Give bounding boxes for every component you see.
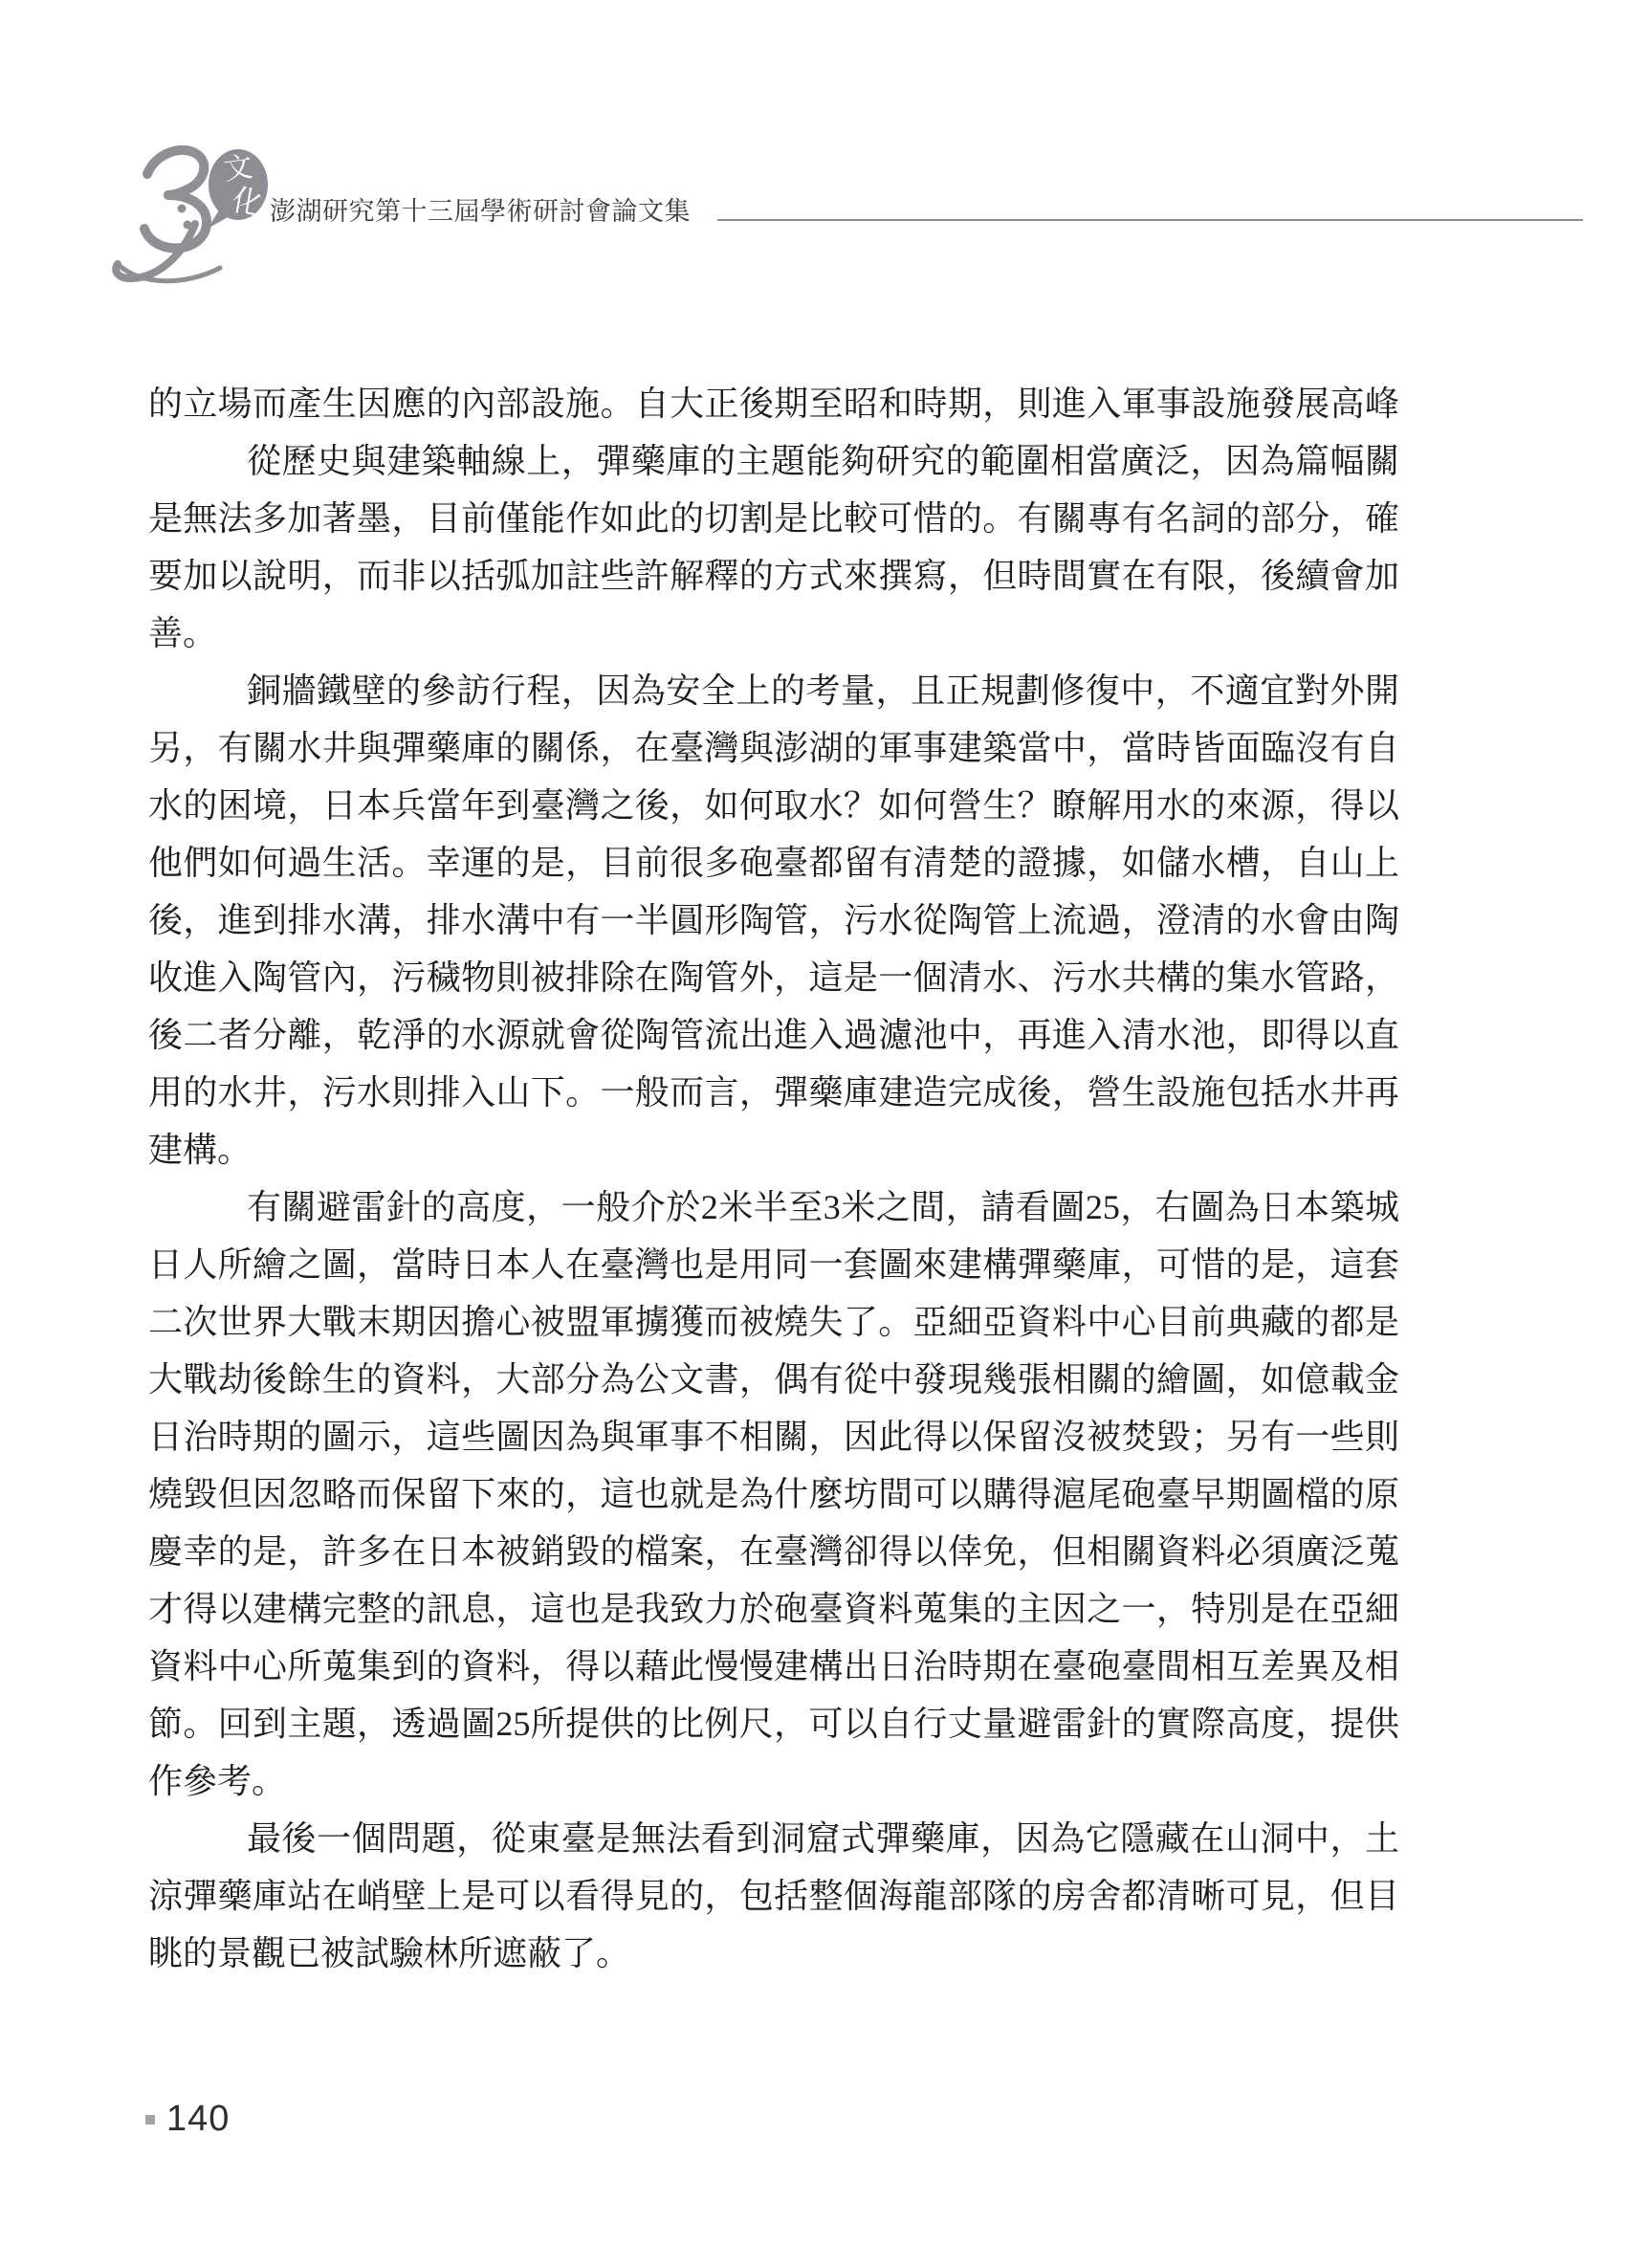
text-line: 燒毀但因忽略而保留下來的，這也就是為什麼坊間可以購得滬尾砲臺早期圖檔的原因。 xyxy=(148,1465,1399,1523)
text-line: 用的水井，污水則排入山下。一般而言，彈藥庫建造完成後，營生設施包括水井再陸續 xyxy=(148,1064,1399,1121)
document-page: 文 化 澎湖研究第十三屆學術研討會論文集 的立場而產生因應的內部設施。自大正後期… xyxy=(0,0,1626,2268)
page-number-block: 140 xyxy=(145,2097,230,2141)
text-line: 的立場而產生因應的內部設施。自大正後期至昭和時期，則進入軍事設施發展高峰期。 xyxy=(148,375,1399,432)
text-line: 才得以建構完整的訊息，這也是我致力於砲臺資料蒐集的主因之一，特別是在亞細亞 xyxy=(148,1580,1399,1638)
text-line: 另，有關水井與彈藥庫的關係，在臺灣與澎湖的軍事建築當中，當時皆面臨沒有自來 xyxy=(148,719,1399,777)
paragraph: 的立場而產生因應的內部設施。自大正後期至昭和時期，則進入軍事設施發展高峰期。 xyxy=(148,375,1399,432)
header-title: 澎湖研究第十三屆學術研討會論文集 xyxy=(270,190,691,228)
text-line: 資料中心所蒐集到的資料，得以藉此慢慢建構出日治時期在臺砲臺間相互差異及相關細 xyxy=(148,1638,1399,1695)
logo-badge-char-top: 文 xyxy=(222,151,254,187)
logo-badge-char-bottom: 化 xyxy=(230,182,266,221)
text-line: 最後一個問題，從東臺是無法看到洞窟式彈藥庫，因為它隱藏在山洞中，土窟式清 xyxy=(148,1810,1399,1867)
text-line: 日治時期的圖示，這些圖因為與軍事不相關，因此得以保留沒被焚毀；另有一些則是應 xyxy=(148,1408,1399,1465)
text-line: 水的困境，日本兵當年到臺灣之後，如何取水？如何營生？瞭解用水的來源，得以瞭解 xyxy=(148,777,1399,834)
text-line: 有關避雷針的高度，一般介於2米半至3米之間，請看圖25，右圖為日本築城史書中 xyxy=(148,1178,1399,1236)
page-number-bullet-icon xyxy=(145,2115,155,2125)
paragraph: 從歷史與建築軸線上，彈藥庫的主題能夠研究的範圍相當廣泛，因為篇幅關係實在是無法多… xyxy=(148,432,1399,662)
text-line: 是無法多加著墨，目前僅能作如此的切割是比較可惜的。有關專有名詞的部分，確實需 xyxy=(148,490,1399,547)
logo-dot xyxy=(184,221,192,230)
text-line: 銅牆鐵壁的參訪行程，因為安全上的考量，且正規劃修復中，不適宜對外開放。 xyxy=(148,662,1399,719)
text-line: 後，進到排水溝，排水溝中有一半圓形陶管，污水從陶管上流過，澄清的水會由陶管吸 xyxy=(148,892,1399,949)
logo-dot xyxy=(178,205,187,213)
paragraph: 最後一個問題，從東臺是無法看到洞窟式彈藥庫，因為它隱藏在山洞中，土窟式清涼彈藥庫… xyxy=(148,1810,1399,1982)
text-line: 他們如何過生活。幸運的是，目前很多砲臺都留有清楚的證據，如儲水槽，自山上引水 xyxy=(148,834,1399,892)
text-line: 善。 xyxy=(148,605,1399,662)
text-line: 從歷史與建築軸線上，彈藥庫的主題能夠研究的範圍相當廣泛，因為篇幅關係實在 xyxy=(148,432,1399,490)
text-line: 後二者分離，乾淨的水源就會從陶管流出進入過濾池中，再進入清水池，即得以直接取 xyxy=(148,1006,1399,1064)
text-line: 作參考。 xyxy=(148,1752,1399,1810)
text-block: 的立場而產生因應的內部設施。自大正後期至昭和時期，則進入軍事設施發展高峰期。從歷… xyxy=(148,375,1399,1982)
text-line: 眺的景觀已被試驗林所遮蔽了。 xyxy=(148,1925,1399,1982)
header-rule xyxy=(717,219,1583,221)
text-line: 收進入陶管內，污穢物則被排除在陶管外，這是一個清水、污水共構的集水管路，但最 xyxy=(148,949,1399,1006)
text-line: 二次世界大戰末期因擔心被盟軍擄獲而被燒失了。亞細亞資料中心目前典藏的都是二次 xyxy=(148,1293,1399,1351)
text-line: 大戰劫後餘生的資料，大部分為公文書，偶有從中發現幾張相關的繪圖，如億載金城在 xyxy=(148,1351,1399,1408)
text-line: 日人所繪之圖，當時日本人在臺灣也是用同一套圖來建構彈藥庫，可惜的是，這套圖在 xyxy=(148,1236,1399,1293)
text-line: 慶幸的是，許多在日本被銷毀的檔案，在臺灣卻得以倖免，但相關資料必須廣泛蒐羅， xyxy=(148,1523,1399,1580)
page-number: 140 xyxy=(166,2099,230,2140)
paragraph: 有關避雷針的高度，一般介於2米半至3米之間，請看圖25，右圖為日本築城史書中日人… xyxy=(148,1178,1399,1810)
text-line: 節。回到主題，透過圖25所提供的比例尺，可以自行丈量避雷針的實際高度，提供學員 xyxy=(148,1695,1399,1752)
text-line: 涼彈藥庫站在峭壁上是可以看得見的，包括整個海龍部隊的房舍都清晰可見，但目前遠 xyxy=(148,1867,1399,1925)
text-line: 要加以說明，而非以括弧加註些許解釋的方式來撰寫，但時間實在有限，後續會加以改 xyxy=(148,547,1399,605)
paragraph: 銅牆鐵壁的參訪行程，因為安全上的考量，且正規劃修復中，不適宜對外開放。另，有關水… xyxy=(148,662,1399,1178)
text-line: 建構。 xyxy=(148,1121,1399,1178)
